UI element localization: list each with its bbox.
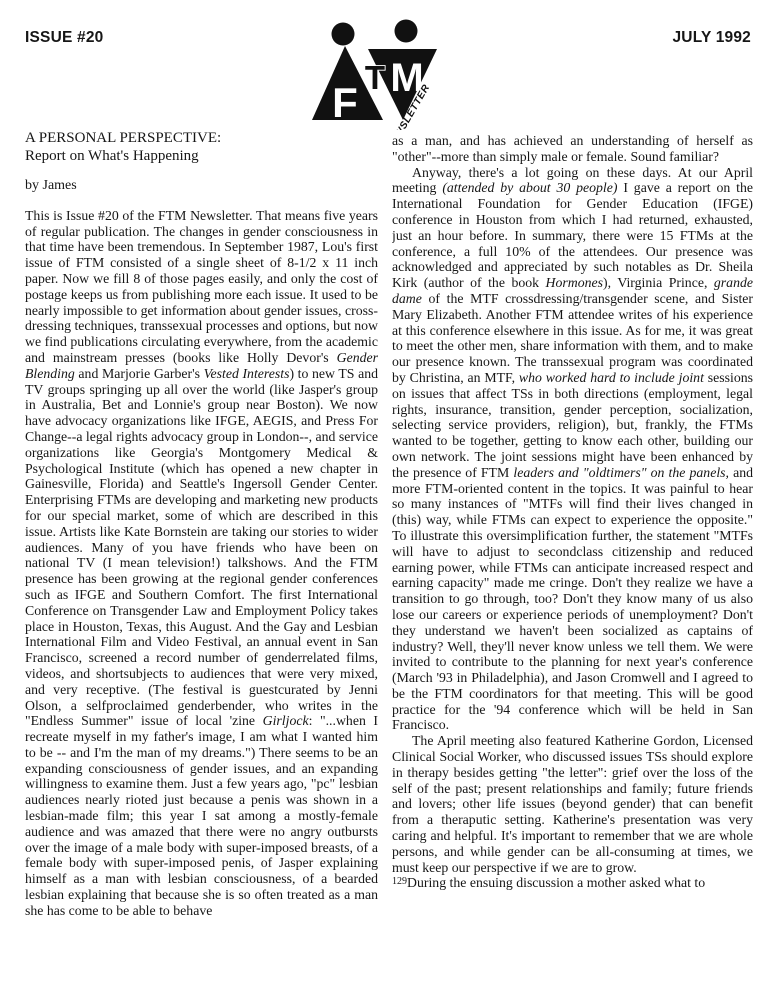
article-byline: by James [25,178,378,194]
left-column-body: This is Issue #20 of the FTM Newsletter.… [25,208,378,919]
left-column: A PERSONAL PERSPECTIVE: Report on What's… [25,130,378,1000]
paragraph: The April meeting also featured Katherin… [392,733,753,875]
newsletter-page: ISSUE #20 JULY 1992 F M T NEWSLETTER A P… [0,0,774,1000]
right-column: as a man, and has achieved an understand… [392,133,753,1000]
logo-letter-t: T [365,59,385,96]
right-column-body: as a man, and has achieved an understand… [392,133,753,891]
issue-label: ISSUE #20 [25,29,103,47]
paragraph: 129During the ensuing discussion a mothe… [392,875,753,891]
paragraph: as a man, and has achieved an understand… [392,133,753,165]
paragraph: This is Issue #20 of the FTM Newsletter.… [25,208,378,919]
date-label: JULY 1992 [672,29,751,47]
logo-letter-f: F [332,79,358,126]
article-heading: A PERSONAL PERSPECTIVE: Report on What's… [25,130,378,165]
article-heading-line1: A PERSONAL PERSPECTIVE: [25,130,378,148]
ftm-logo-icon: F M T NEWSLETTER [302,8,462,130]
paragraph: Anyway, there's a lot going on these day… [392,165,753,734]
article-heading-line2: Report on What's Happening [25,148,378,166]
